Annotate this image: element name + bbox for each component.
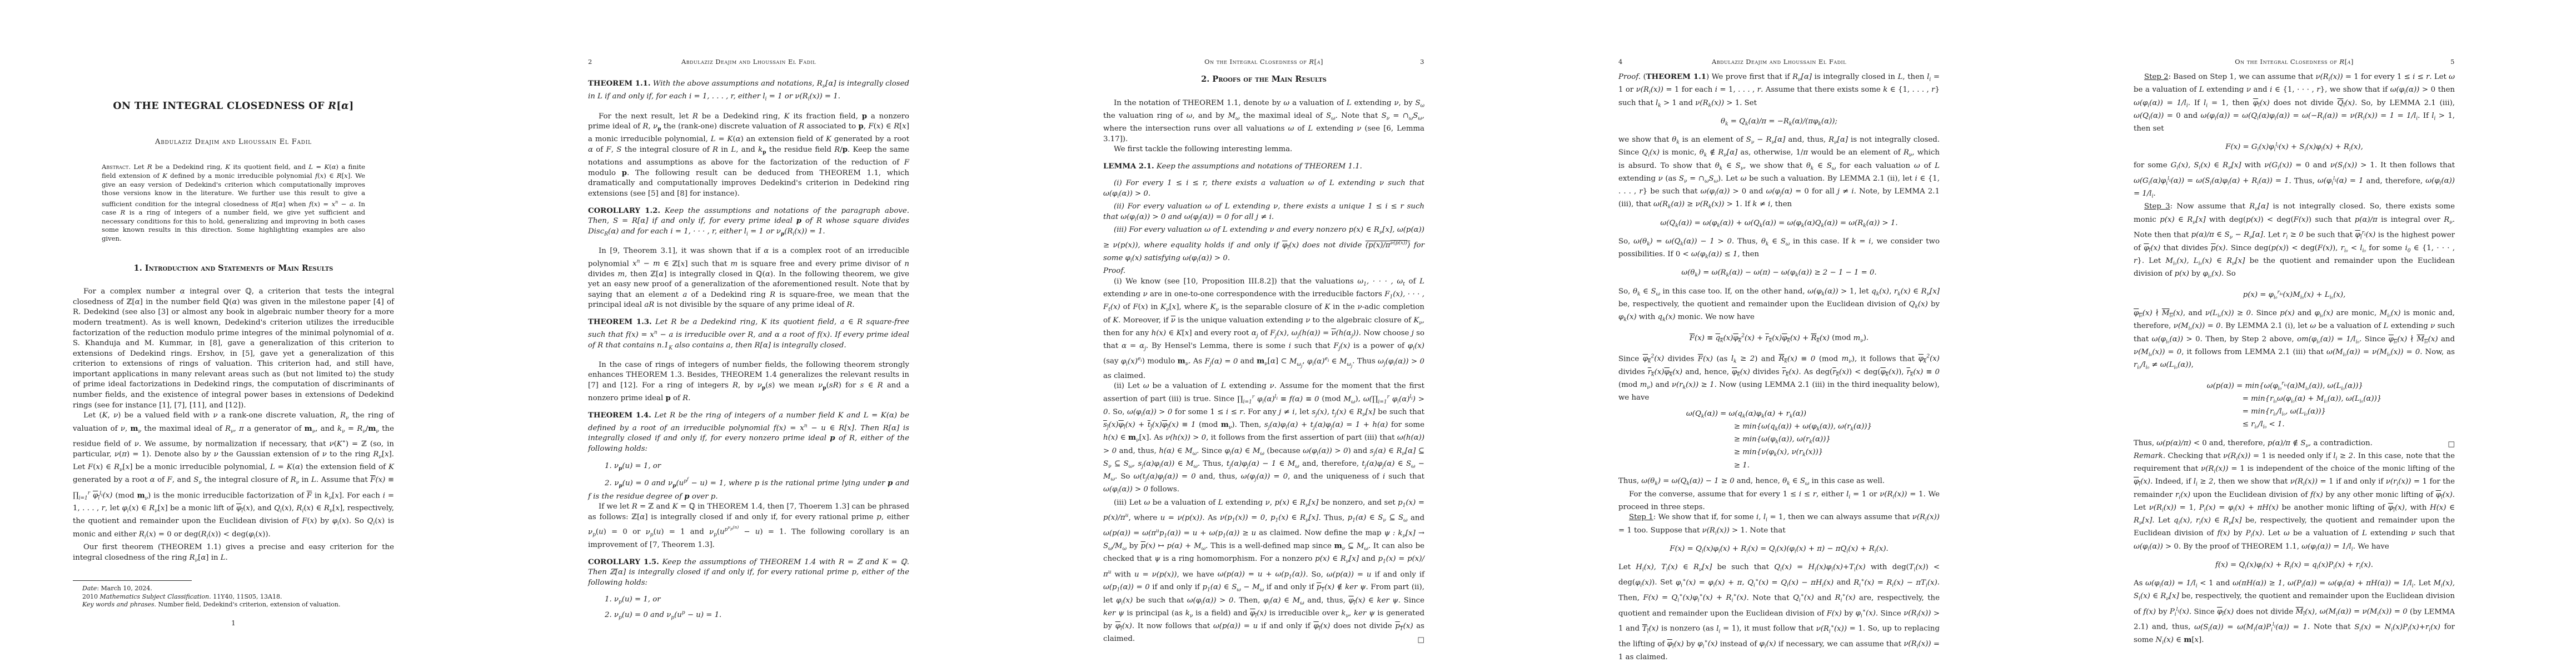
display-equation: F(x) = Qi(x)φi(x) + Ri(x) = Qi(x)(φi(x) …	[1618, 544, 1940, 557]
paragraph: (ii) Let ω be a valuation of L extending…	[1103, 381, 1424, 497]
paper-authors: Abdulaziz Deajim and Lhoussain El Fadil	[73, 137, 394, 148]
proof-paragraph: Proof. (THEOREM 1.1) We prove first that…	[1618, 72, 1940, 111]
page-4: 4 Abdulaziz Deajim and Lhoussain El Fadi…	[1546, 0, 2061, 667]
paragraph: In [9, Theorem 3.1], it was shown that i…	[588, 246, 909, 311]
page-4-content: Proof. (THEOREM 1.1) We prove first that…	[1618, 72, 1940, 663]
page-1: ON THE INTEGRAL CLOSEDNESS OF R[α]Abdula…	[0, 0, 515, 667]
section-heading: 1. Introduction and Statements of Main R…	[73, 263, 394, 274]
display-equation: p(x) = φi₀ri₀(x)Mi₀(x) + Li₀(x),	[2134, 287, 2455, 303]
lemma-item: (iii) For every valuation ω of L extendi…	[1103, 225, 1424, 266]
paragraph: In the notation of THEOREM 1.1, denote b…	[1103, 98, 1424, 145]
page-5: On the Integral Closedness of R[α] 5 Ste…	[2061, 0, 2576, 667]
page-2: 2 Abdulaziz Deajim and Lhoussain El Fadi…	[515, 0, 1030, 667]
page-3-content: 2. Proofs of the Main ResultsIn the nota…	[1103, 72, 1424, 646]
paragraph: In the case of rings of integers of numb…	[588, 360, 909, 404]
paragraph: for some Gi(x), Si(x) ∈ Rν[x] with ν(Gi(…	[2134, 161, 2455, 202]
footnote: Key words and phrases. Number field, Ded…	[73, 601, 394, 609]
theorem-block: COROLLARY 1.2. Keep the assumptions and …	[588, 206, 909, 240]
running-head: On the Integral Closedness of R[α] 3	[1103, 58, 1424, 66]
list-item: 2. νp(u) = 0 and νp(upf − u) = 1, where …	[588, 474, 909, 502]
page-3: On the Integral Closedness of R[α] 3 2. …	[1030, 0, 1546, 667]
running-head-title: On the Integral Closedness of R[α]	[1128, 58, 1400, 66]
paragraph: So, θk ∈ Sω in this case too. If, on the…	[1618, 287, 1940, 326]
paragraph: we show that θk is an element of Sν − Rν…	[1618, 135, 1940, 213]
display-equation: f(x) = Qi(x)φi(x) + Ri(x) = qi(x)Pi(x) +…	[2134, 560, 2455, 573]
paragraph: Our first theorem (THEOREM 1.1) gives a …	[73, 542, 394, 566]
paragraph: Step 2: Based on Step 1, we can assume t…	[2134, 72, 2455, 135]
section-heading: 2. Proofs of the Main Results	[1103, 74, 1424, 85]
abstract: Abstract. Let R be a Dedekind ring, K it…	[102, 163, 365, 243]
paragraph: Let (K, ν) be a valued field with ν a ra…	[73, 411, 394, 542]
paragraph: For the converse, assume that for every …	[1618, 490, 1940, 513]
paragraph: Since φk2(x) divides F(x) (as lk ≥ 2) an…	[1618, 352, 1940, 404]
paragraph: Step 3: Now assume that Rν[α] is not int…	[2134, 202, 2455, 282]
footnote: Date: March 10, 2024.	[73, 585, 394, 593]
paragraph: Thus, ω(θk) = ω(Qk(α)) − 1 ≥ 0 and, henc…	[1618, 476, 1940, 489]
paper-document: arXiv:1810.02987v1 [math.NT] 6 Oct 2018 …	[0, 0, 2576, 667]
running-head: On the Integral Closedness of R[α] 5	[2134, 58, 2455, 66]
page-number-left	[1103, 58, 1128, 66]
theorem-block: THEOREM 1.3. Let R be a Dedekind ring, K…	[588, 317, 909, 354]
display-equation: ω(θk) = ω(Rk(α)) − ω(π) − ω(φk(α)) ≥ 2 −…	[1618, 268, 1940, 281]
page-number: 1	[73, 618, 394, 629]
page-number-right: 5	[2430, 58, 2455, 66]
footnote-rule	[73, 580, 192, 581]
remark-paragraph: Remark. Checking that ν(Ri(x)) = 1 is ne…	[2134, 451, 2455, 555]
qed-box: □	[2448, 440, 2455, 450]
paragraph: φi₀(x) ∤ Mi₀(x), and ν(Li₀(x)) ≥ 0. Sinc…	[2134, 308, 2455, 373]
page-number-left: 4	[1618, 58, 1643, 66]
running-head-title: On the Integral Closedness of R[α]	[2158, 58, 2430, 66]
paragraph: For a complex number α integral over ℚ, …	[73, 287, 394, 411]
theorem-block: THEOREM 1.4. Let R be the ring of intege…	[588, 411, 909, 455]
running-head-title: Abdulaziz Deajim and Lhoussain El Fadil	[612, 58, 885, 66]
proof-label: Proof.	[1103, 266, 1424, 277]
display-equation-block: ω(Qk(α)) = ω(qk(α)φk(α) + rk(α))≥ min{ω(…	[1618, 409, 1940, 471]
paragraph: If we let R = ℤ and K = ℚ in THEOREM 1.4…	[588, 502, 909, 550]
page-number-right: 3	[1400, 58, 1424, 66]
page-number-right	[885, 58, 909, 66]
running-head-title: Abdulaziz Deajim and Lhoussain El Fadil	[1643, 58, 1915, 66]
display-equation-block: ω(p(α)) = min{ω(φi₀ri₀(α)Mi₀(α)), ω(Li₀(…	[2134, 379, 2455, 432]
list-item: 1. νp(u) = 1, or	[588, 461, 909, 474]
paragraph: Step 1: We show that if, for some i, li …	[1618, 512, 1940, 539]
footnote: 2010 Mathematics Subject Classification.…	[73, 593, 394, 601]
paragraph: For the next result, let R be a Dedekind…	[588, 112, 909, 200]
paragraph: So, ω(θk) = ω(Qk(α)) − 1 > 0. Thus, θk ∈…	[1618, 237, 1940, 263]
list-item: 2. νp(u) = 0 and νp(up − u) = 1.	[588, 608, 909, 624]
paragraph: Let Hi(x), Ti(x) ∈ Rν[x] be such that Qi…	[1618, 563, 1940, 663]
lemma-item: (ii) For every valuation ω of L extendin…	[1103, 202, 1424, 225]
display-equation: F(x) ≡ qk(x)φk2(x) + rk(x)φk(x) + Rk(x) …	[1618, 331, 1940, 346]
running-head: 4 Abdulaziz Deajim and Lhoussain El Fadi…	[1618, 58, 1940, 66]
page-number-left	[2134, 58, 2158, 66]
page-5-content: Step 2: Based on Step 1, we can assume t…	[2134, 72, 2455, 648]
paragraph: Thus, ω(p(α)/π) < 0 and, therefore, p(α)…	[2134, 439, 2455, 451]
paragraph: (iii) Let ω be a valuation of L extendin…	[1103, 498, 1424, 645]
page-1-content: ON THE INTEGRAL CLOSEDNESS OF R[α]Abdula…	[73, 100, 394, 629]
theorem-block: THEOREM 1.1. With the above assumptions …	[588, 79, 909, 105]
display-equation: F(x) = Gi(x)φili(x) + Si(x)φi(x) + Ri(x)…	[2134, 140, 2455, 156]
display-equation: ω(Qk(α)) = ω(φk(α)) + ω(Qk(α)) = ω(φk(α)…	[1618, 218, 1940, 231]
theorem-block: LEMMA 2.1. Keep the assumptions and nota…	[1103, 162, 1424, 172]
lemma-item: (i) For every 1 ≤ i ≤ r, there exists a …	[1103, 178, 1424, 202]
theorem-block: COROLLARY 1.5. Keep the assumptions of T…	[588, 558, 909, 589]
paragraph: We first tackle the following interestin…	[1103, 145, 1424, 155]
paragraph: As ω(φi(α)) = 1/li < 1 and ω(πH(α)) ≥ 1,…	[2134, 579, 2455, 648]
page-number-left: 2	[588, 58, 612, 66]
display-equation: θk = Qk(α)/π = −Rk(α)/(πφk(α));	[1618, 117, 1940, 130]
page-number-right	[1915, 58, 1940, 66]
paragraph: (i) We know (see [10, Proposition III.8.…	[1103, 277, 1424, 382]
paper-title: ON THE INTEGRAL CLOSEDNESS OF R[α]	[73, 100, 394, 113]
list-item: 1. νp(u) = 1, or	[588, 595, 909, 608]
running-head: 2 Abdulaziz Deajim and Lhoussain El Fadi…	[588, 58, 909, 66]
qed-box: □	[1407, 635, 1424, 646]
page-2-content: THEOREM 1.1. With the above assumptions …	[588, 72, 909, 623]
